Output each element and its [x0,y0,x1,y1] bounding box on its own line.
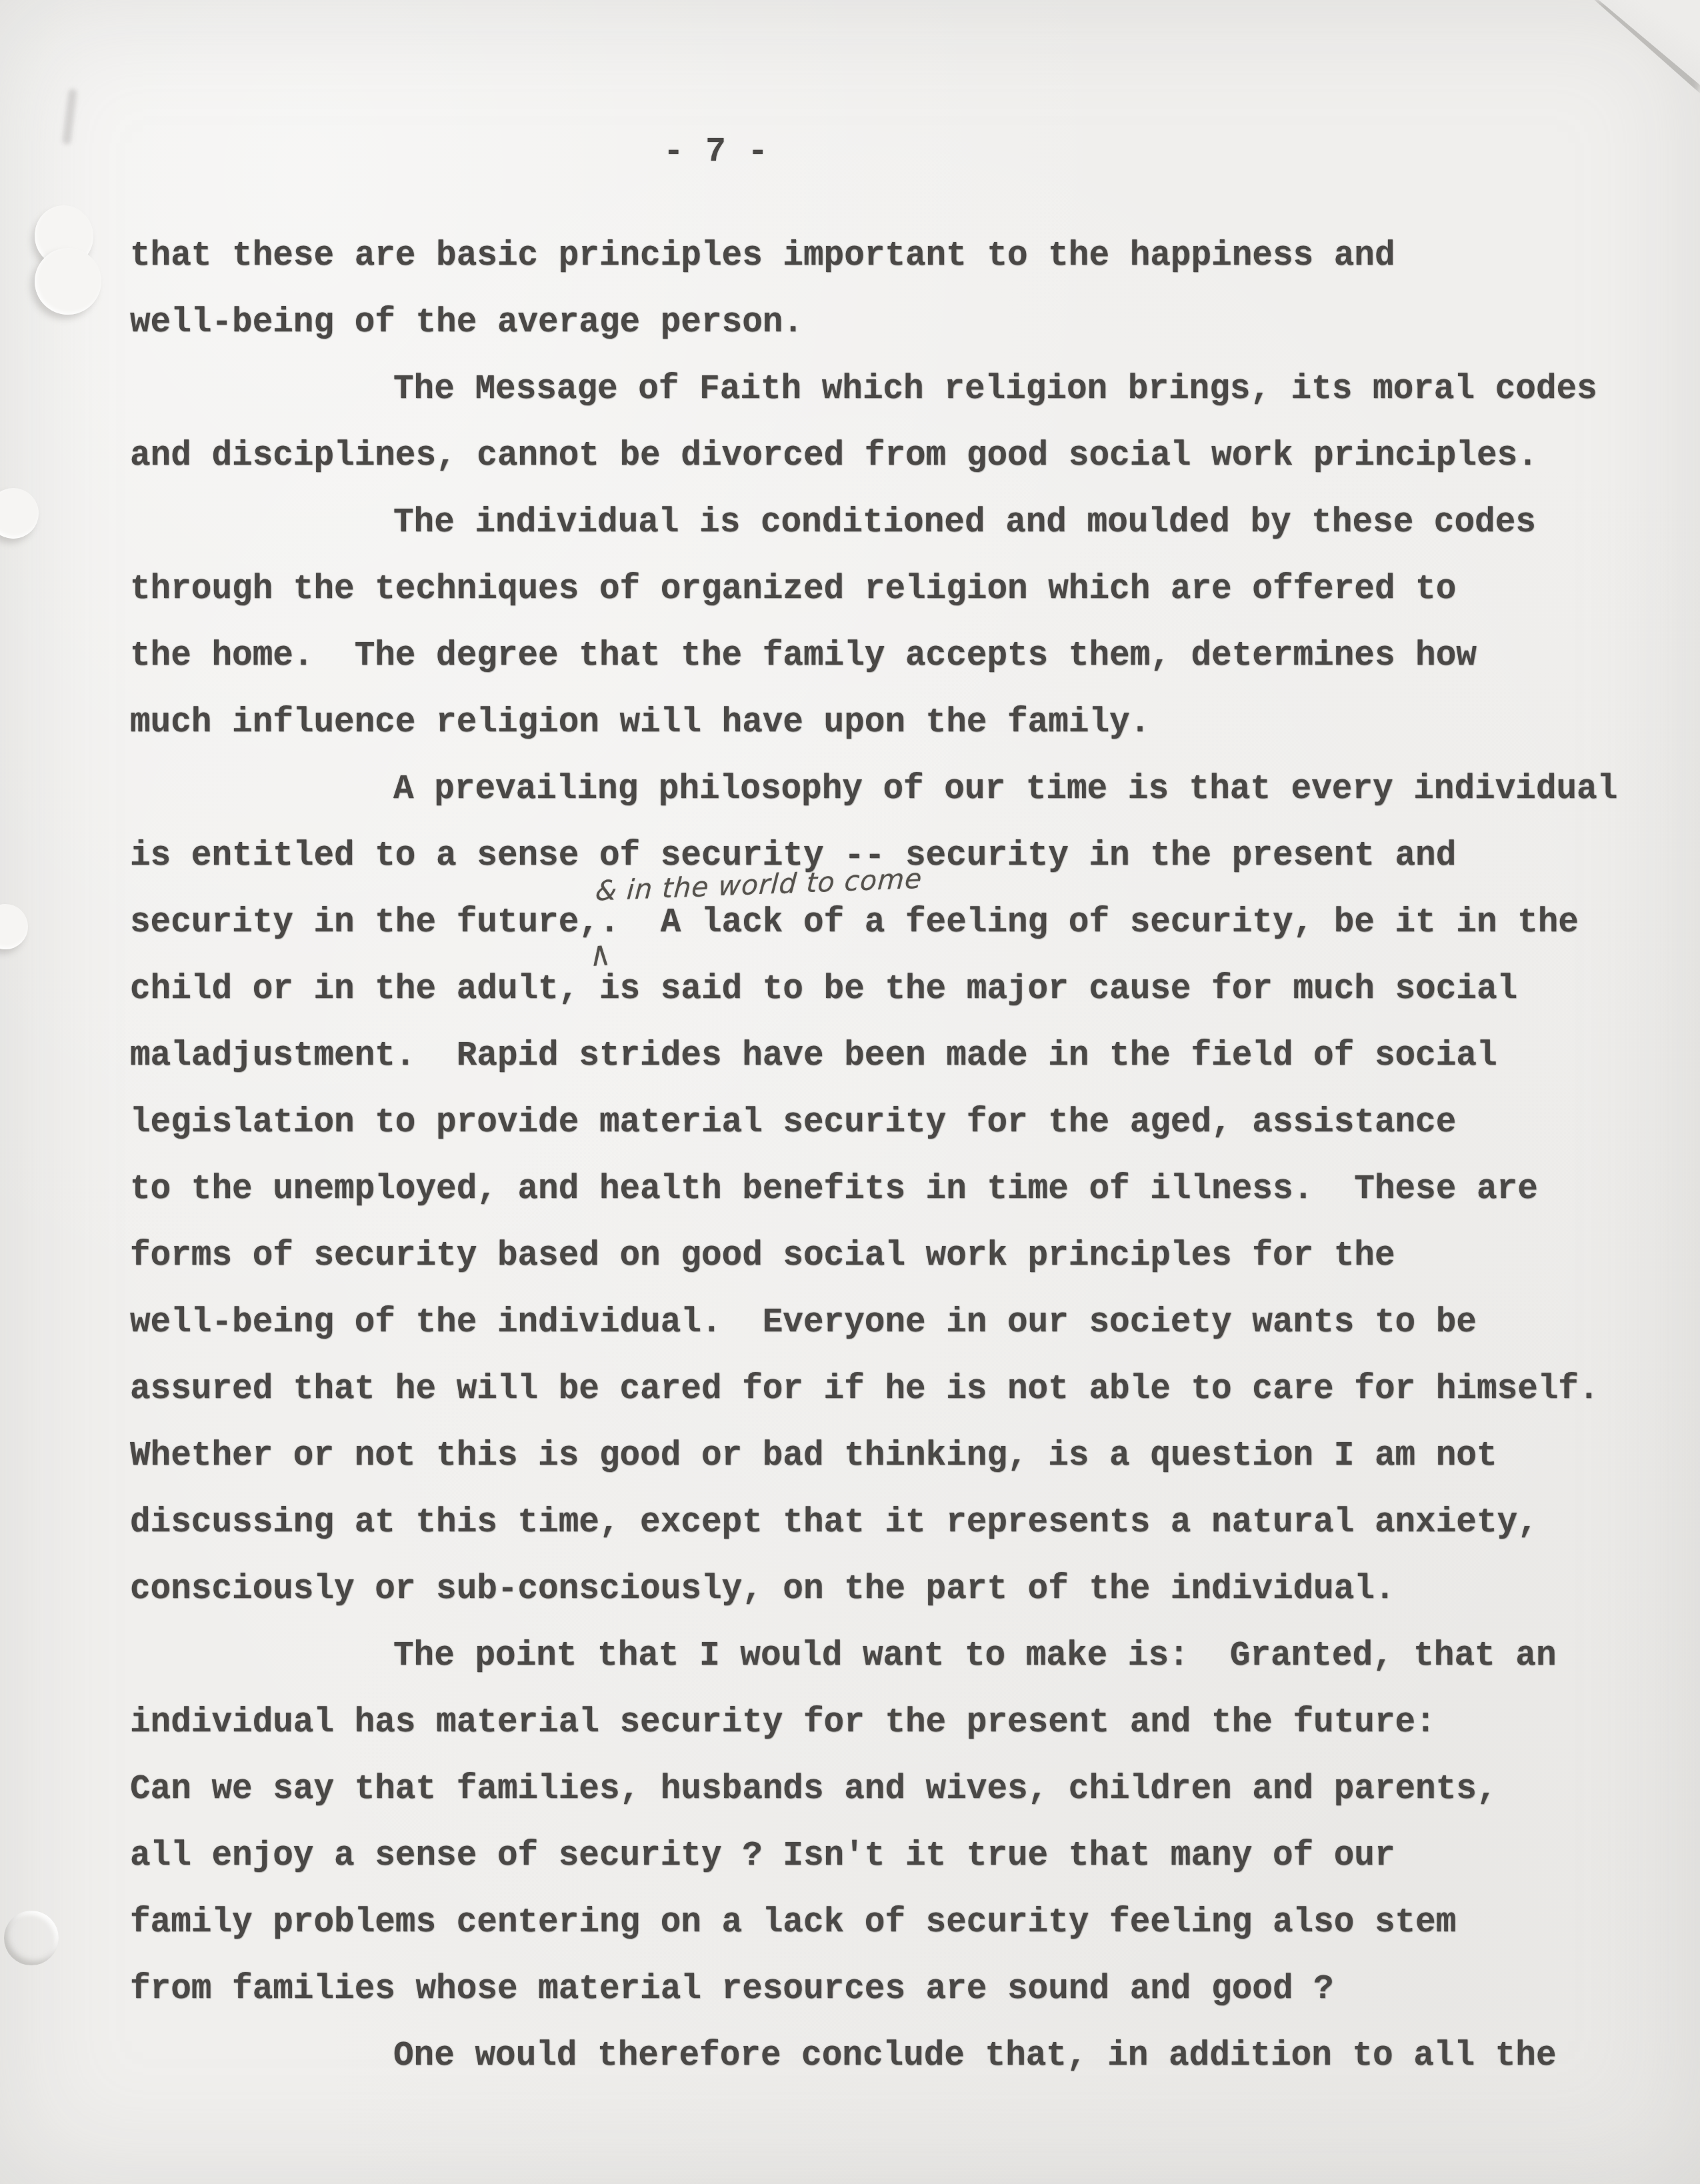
typed-line: Whether or not this is good or bad think… [130,1423,1663,1490]
typed-line: maladjustment. Rapid strides have been m… [130,1023,1663,1090]
typed-line: assured that he will be cared for if he … [130,1357,1663,1423]
typed-line: and disciplines, cannot be divorced from… [130,423,1663,490]
page-corner-fold [1590,0,1700,93]
typed-line: to the unemployed, and health benefits i… [130,1157,1663,1223]
typed-line: forms of security based on good social w… [130,1223,1663,1290]
typed-line: well-being of the average person. [130,290,1663,357]
typed-line: from families whose material resources a… [130,1957,1663,2023]
typed-line: The point that I would want to make is: … [130,1623,1663,1690]
punch-hole-emboss [0,904,28,949]
typed-line: well-being of the individual. Everyone i… [130,1290,1663,1357]
typed-text-block: that these are basic principles importan… [130,223,1663,2090]
punch-hole-emboss [0,488,39,539]
scan-smudge [62,89,77,145]
typed-line: the home. The degree that the family acc… [130,623,1663,690]
typed-line: security in the future,. A lack of a fee… [130,890,1663,957]
typed-line: legislation to provide material security… [130,1090,1663,1157]
typed-line: much influence religion will have upon t… [130,690,1663,757]
typed-line: The Message of Faith which religion brin… [130,357,1663,423]
typed-line: The individual is conditioned and moulde… [130,490,1663,557]
typed-line: One would therefore conclude that, in ad… [130,2023,1663,2090]
typed-line: discussing at this time, except that it … [130,1490,1663,1557]
typed-line: A prevailing philosophy of our time is t… [130,757,1663,823]
handwritten-caret-icon: ∧ [589,934,612,975]
typed-line: individual has material security for the… [130,1690,1663,1757]
document-page: - 7 - that these are basic principles im… [0,0,1700,2184]
typed-line: Can we say that families, husbands and w… [130,1757,1663,1823]
typed-line: child or in the adult, is said to be the… [130,957,1663,1023]
typed-line: that these are basic principles importan… [130,223,1663,290]
typed-line: all enjoy a sense of security ? Isn't it… [130,1823,1663,1890]
typed-line: consciously or sub-consciously, on the p… [130,1557,1663,1623]
page-number: - 7 - [663,133,769,171]
typed-line: family problems centering on a lack of s… [130,1890,1663,1957]
typed-line: through the techniques of organized reli… [130,557,1663,623]
punch-hole-emboss [4,1911,59,1965]
